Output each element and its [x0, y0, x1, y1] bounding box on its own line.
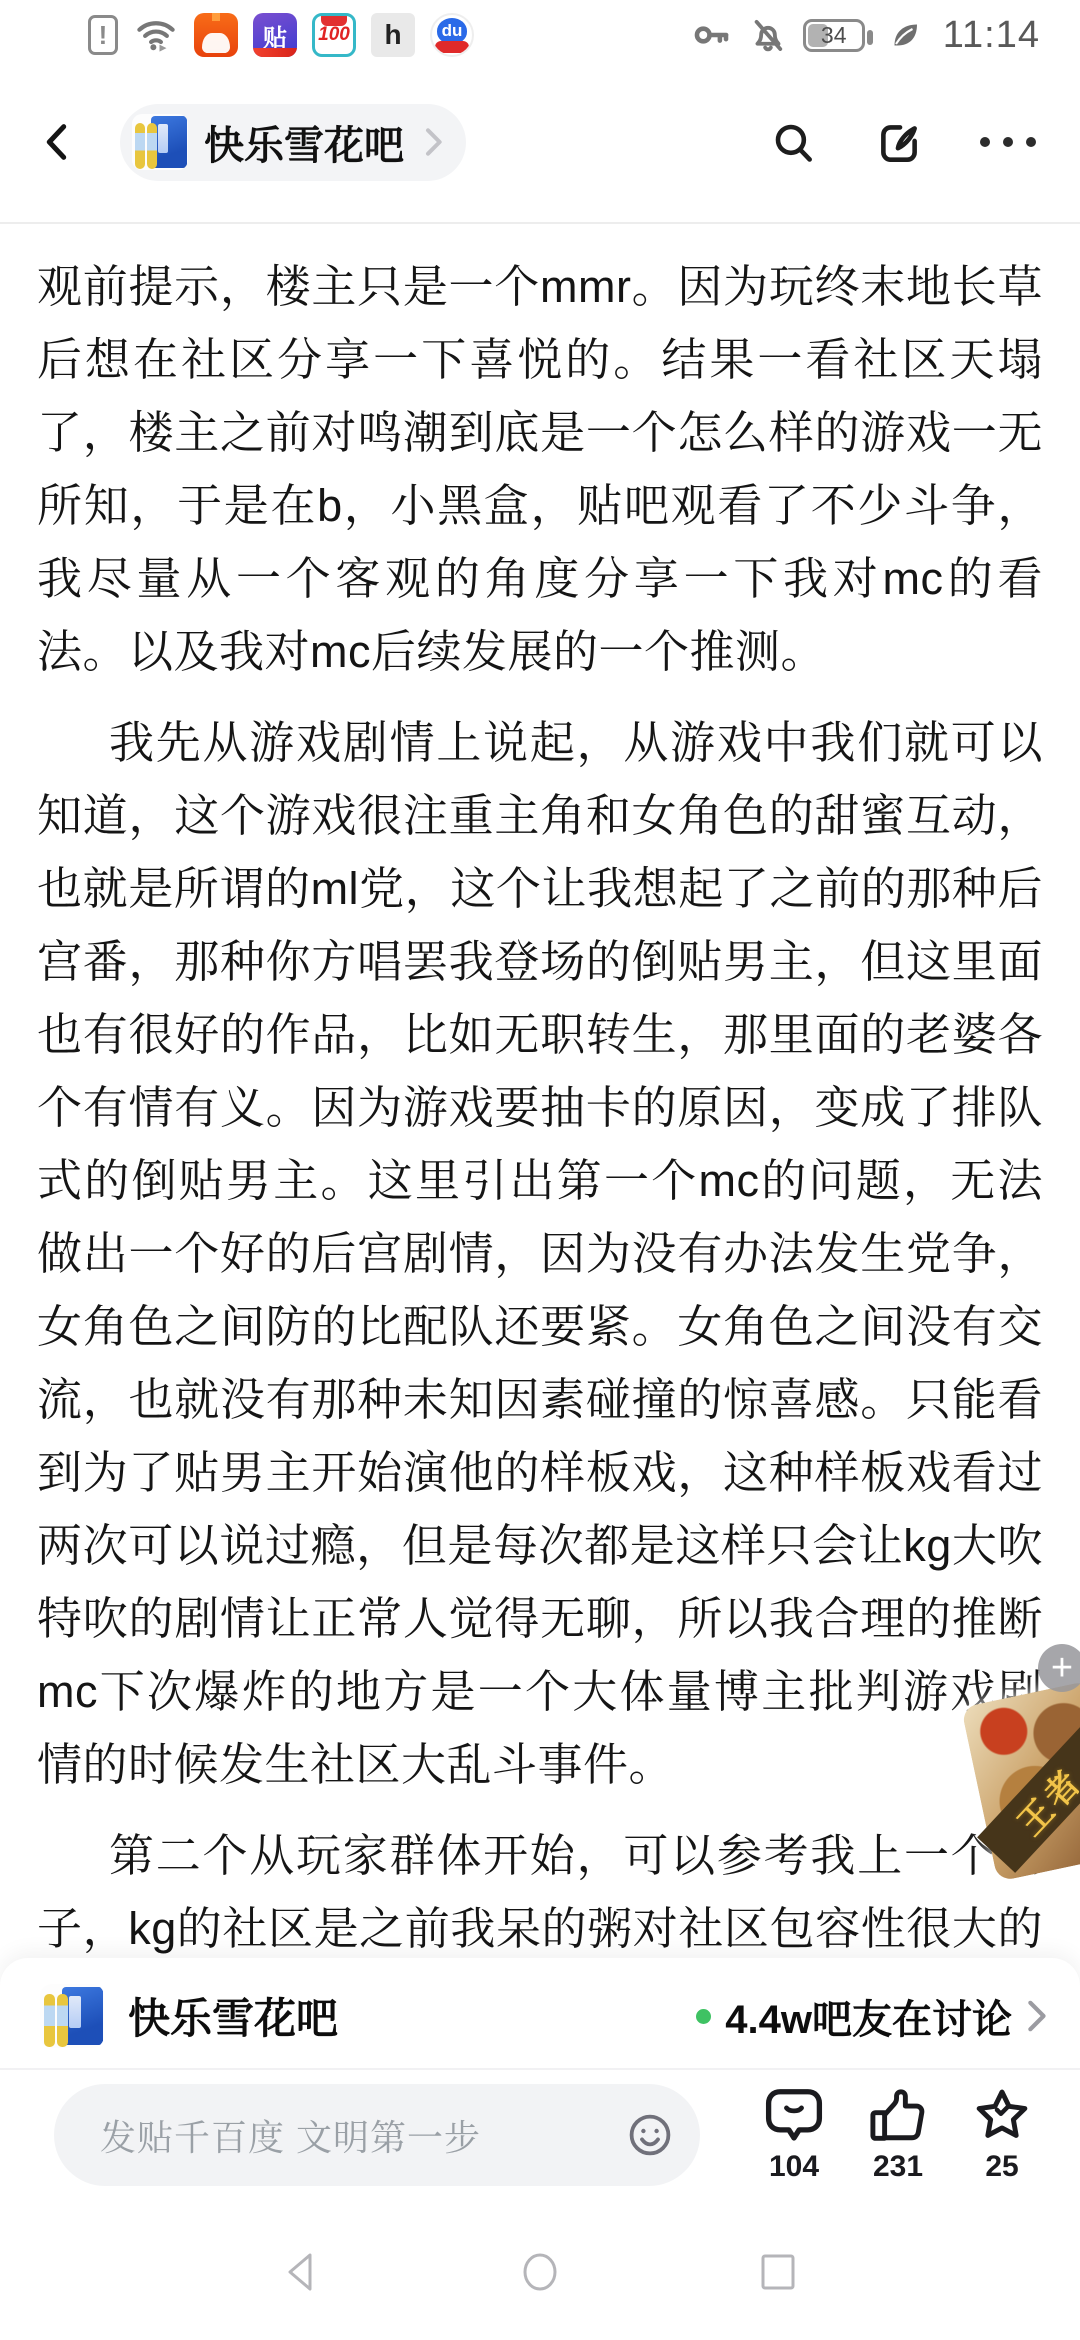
- wifi-icon: [133, 14, 179, 56]
- favorite-count: 25: [985, 2150, 1018, 2184]
- comments-count: 104: [769, 2150, 819, 2184]
- reply-placeholder: 发贴千百度 文明第一步: [100, 2110, 626, 2161]
- comment-icon: [764, 2087, 824, 2145]
- more-menu-icon[interactable]: [980, 137, 1036, 147]
- nav-back-icon[interactable]: [278, 2248, 326, 2296]
- forum-name: 快乐雪花吧: [204, 114, 404, 171]
- tieba-app-icon: 贴: [253, 13, 297, 57]
- compose-icon[interactable]: [874, 117, 924, 167]
- nav-recents-icon[interactable]: [754, 2248, 802, 2296]
- chevron-right-icon: [1022, 1999, 1050, 2033]
- baidu-app-icon: du: [430, 13, 474, 57]
- comments-button[interactable]: 104: [742, 2087, 846, 2184]
- baidu-glyph: du: [437, 18, 467, 44]
- back-icon[interactable]: [34, 119, 80, 165]
- nav-home-icon[interactable]: [516, 2248, 564, 2296]
- search-icon[interactable]: [768, 117, 818, 167]
- tieba-thread-screen: ! 贴 100 h du: [0, 0, 1080, 2340]
- forum-bar[interactable]: 快乐雪花吧 4.4w吧友在讨论: [0, 1958, 1080, 2068]
- status-left-icons: ! 贴 100 h du: [88, 13, 474, 57]
- sim-alert-icon: !: [88, 15, 118, 55]
- like-button[interactable]: 231: [846, 2087, 950, 2184]
- thumbs-up-icon: [869, 2087, 927, 2145]
- promo-calligraphy-label: 王者: [977, 1726, 1080, 1873]
- exam-glyph: 100: [318, 24, 350, 46]
- forum-bar-name: 快乐雪花吧: [128, 1986, 338, 2046]
- grey-app-icon: h: [371, 13, 415, 57]
- forum-pill[interactable]: 快乐雪花吧: [120, 104, 466, 181]
- forum-bar-avatar: [40, 1984, 104, 2048]
- composer-row: 发贴千百度 文明第一步 104: [0, 2070, 1080, 2200]
- post-paragraph: 我先从游戏剧情上说起，从游戏中我们就可以知道，这个游戏很注重主角和女角色的甜蜜互…: [37, 706, 1043, 1801]
- exam-100-app-icon: 100: [312, 13, 356, 57]
- bottom-bar: 快乐雪花吧 4.4w吧友在讨论 发贴千百度 文明第一步: [0, 1958, 1080, 2340]
- taobao-app-icon: [194, 13, 238, 57]
- battery-indicator: 34: [803, 19, 865, 52]
- forum-avatar: [132, 114, 188, 170]
- header-actions: [768, 117, 1036, 167]
- power-save-leaf-icon: [887, 17, 923, 53]
- clock-time: 11:14: [943, 14, 1040, 57]
- status-bar: ! 贴 100 h du: [0, 0, 1080, 62]
- reply-input[interactable]: 发贴千百度 文明第一步: [54, 2084, 700, 2186]
- post-paragraph: 观前提示，楼主只是一个mmr。因为玩终末地长草后想在社区分享一下喜悦的。结果一看…: [37, 250, 1043, 688]
- key-icon: [691, 14, 733, 56]
- notifications-muted-icon: [747, 14, 789, 56]
- grey-app-glyph: h: [384, 19, 401, 51]
- chevron-right-icon: [420, 127, 446, 157]
- android-nav-bar: [0, 2200, 1080, 2340]
- discussion-count: 4.4w吧友在讨论: [725, 1988, 1012, 2045]
- like-count: 231: [873, 2150, 923, 2184]
- emoji-icon[interactable]: [626, 2111, 674, 2159]
- tieba-glyph: 贴: [263, 18, 287, 53]
- battery-percent: 34: [821, 22, 847, 49]
- forum-discussion[interactable]: 4.4w吧友在讨论: [696, 1988, 1050, 2045]
- floating-plus-button[interactable]: +: [1038, 1644, 1080, 1692]
- star-icon: [973, 2087, 1031, 2145]
- status-right-icons: 34 11:14: [691, 14, 1040, 57]
- favorite-button[interactable]: 25: [950, 2087, 1054, 2184]
- thread-header: 快乐雪花吧: [0, 62, 1080, 224]
- online-green-dot: [696, 2009, 711, 2024]
